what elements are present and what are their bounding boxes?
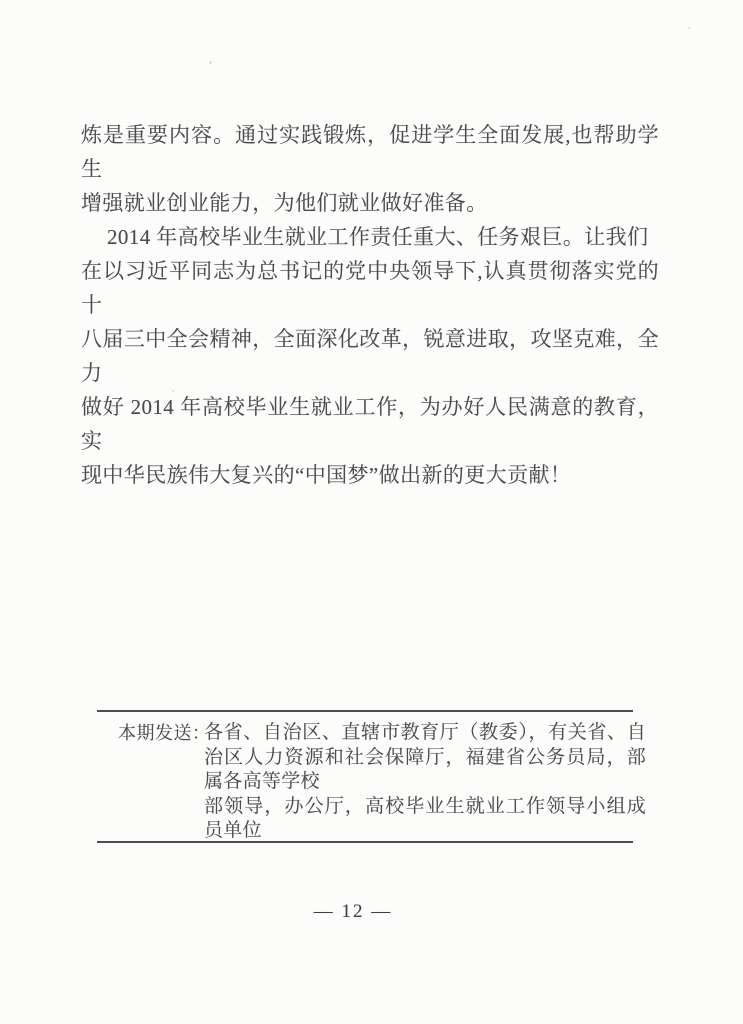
distribution-top-rule <box>97 710 633 712</box>
body-line: 在以习近平同志为总书记的党中央领导下,认真贯彻落实党的十 <box>81 254 659 322</box>
scan-speck <box>688 27 690 29</box>
body-line: 现中华民族伟大复兴的“中国梦”做出新的更大贡献！ <box>81 458 659 492</box>
distribution-block: 本期发送： 各省、自治区、直辖市教育厅（教委），有关省、自 治区人力资源和社会保… <box>118 721 648 844</box>
scan-speck <box>516 411 519 414</box>
distribution-line: 员单位 <box>204 819 646 844</box>
distribution-line: 治区人力资源和社会保障厅，福建省公务员局，部 <box>204 746 646 771</box>
body-line: 增强就业创业能力，为他们就业做好准备。 <box>81 186 659 220</box>
body-paragraphs: 炼是重要内容。通过实践锻炼，促进学生全面发展,也帮助学生 增强就业创业能力，为他… <box>81 118 659 492</box>
body-line: 做好 2014 年高校毕业生就业工作，为办好人民满意的教育，实 <box>81 390 659 458</box>
distribution-line: 各省、自治区、直辖市教育厅（教委），有关省、自 <box>204 721 646 746</box>
distribution-bottom-rule <box>97 841 633 843</box>
body-line: 2014 年高校毕业生就业工作责任重大、任务艰巨。让我们 <box>81 220 659 254</box>
distribution-content: 各省、自治区、直辖市教育厅（教委），有关省、自 治区人力资源和社会保障厅，福建省… <box>204 721 646 844</box>
distribution-line: 属各高等学校 <box>204 770 646 795</box>
scan-speck <box>209 61 212 64</box>
scan-speck <box>172 390 174 392</box>
body-line: 炼是重要内容。通过实践锻炼，促进学生全面发展,也帮助学生 <box>81 118 659 186</box>
distribution-label: 本期发送： <box>118 721 204 844</box>
page-number: — 12 — <box>0 901 706 923</box>
body-line: 八届三中全会精神，全面深化改革，锐意进取，攻坚克难，全力 <box>81 322 659 390</box>
document-page: 炼是重要内容。通过实践锻炼，促进学生全面发展,也帮助学生 增强就业创业能力，为他… <box>0 0 743 1024</box>
distribution-line: 部领导，办公厅，高校毕业生就业工作领导小组成 <box>204 795 646 820</box>
